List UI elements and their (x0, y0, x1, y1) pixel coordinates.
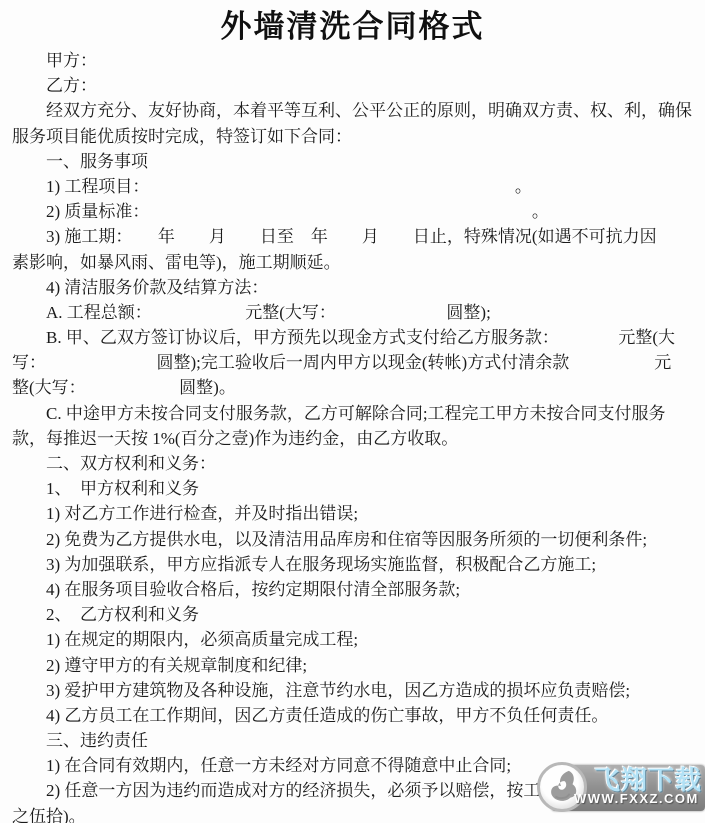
text-line: 3) 施工期： 年 月 日至 年 月 日止，特殊情况(如遇不可抗力因 (12, 224, 703, 249)
text-line: 经双方充分、友好协商，本着平等互利、公平公正的原则，明确双方责、权、利，确保 (12, 98, 703, 123)
text-line: C. 中途甲方未按合同支付服务款，乙方可解除合同;工程完工甲方未按合同支付服务 (12, 401, 703, 426)
text-line: 素影响，如暴风雨、雷电等)，施工期顺延。 (12, 250, 703, 275)
text-line: 1) 在规定的期限内，必须高质量完成工程; (12, 627, 703, 652)
text-line: 2) 遵守甲方的有关规章制度和纪律; (12, 653, 703, 678)
text-line: 写： 圆整);完工验收后一周内甲方以现金(转帐)方式付清余款 元 (12, 350, 703, 375)
text-line: 一、服务事项 (12, 149, 703, 174)
text-line: 1) 对乙方工作进行检查，并及时指出错误; (12, 501, 703, 526)
text-line: 2) 质量标准： 。 (12, 199, 703, 224)
text-line: 4) 乙方员工在工作期间，因乙方责任造成的伤亡事故，甲方不负任何责任。 (12, 703, 703, 728)
text-line: 3) 为加强联系，甲方应指派专人在服务现场实施监督，积极配合乙方施工; (12, 552, 703, 577)
text-line: 4) 清洁服务价款及结算方法： (12, 275, 703, 300)
contract-document-page: 外墙清洗合同格式 甲方： 乙方： 经双方充分、友好协商，本着平等互利、公平公正的… (0, 0, 705, 823)
watermark: 飞翔下载 WWW.FXXZ.COM (537, 762, 705, 812)
text-line: 整(大写： 圆整)。 (12, 375, 703, 400)
text-line: 乙方： (12, 73, 703, 98)
document-body: 甲方： 乙方： 经双方充分、友好协商，本着平等互利、公平公正的原则，明确双方责、… (12, 48, 703, 823)
text-line: 2) 免费为乙方提供水电，以及清洁用品库房和住宿等因服务所须的一切便利条件; (12, 527, 703, 552)
document-title: 外墙清洗合同格式 (0, 1, 705, 46)
text-line: 服务项目能优质按时完成，特签订如下合同： (12, 124, 703, 149)
text-line: 甲方： (12, 48, 703, 73)
text-line: 款，每推迟一天按 1%(百分之壹)作为违约金，由乙方收取。 (12, 426, 703, 451)
text-line: 2、 乙方权利和义务 (12, 602, 703, 627)
text-line: 三、违约责任 (12, 728, 703, 753)
text-line: 1) 工程项目： 。 (12, 174, 703, 199)
text-line: B. 甲、乙双方签订协议后，甲方预先以现金方式支付给乙方服务款： 元整(大 (12, 325, 703, 350)
watermark-url-text: WWW.FXXZ.COM (574, 791, 699, 806)
text-line: 二、双方权利和义务： (12, 451, 703, 476)
text-line: A. 工程总额： 元整(大写： 圆整); (12, 300, 703, 325)
text-line: 1、 甲方权利和义务 (12, 476, 703, 501)
text-line: 3) 爱护甲方建筑物及各种设施，注意节约水电，因乙方造成的损坏应负责赔偿; (12, 678, 703, 703)
text-line: 4) 在服务项目验收合格后，按约定期限付清全部服务款; (12, 577, 703, 602)
